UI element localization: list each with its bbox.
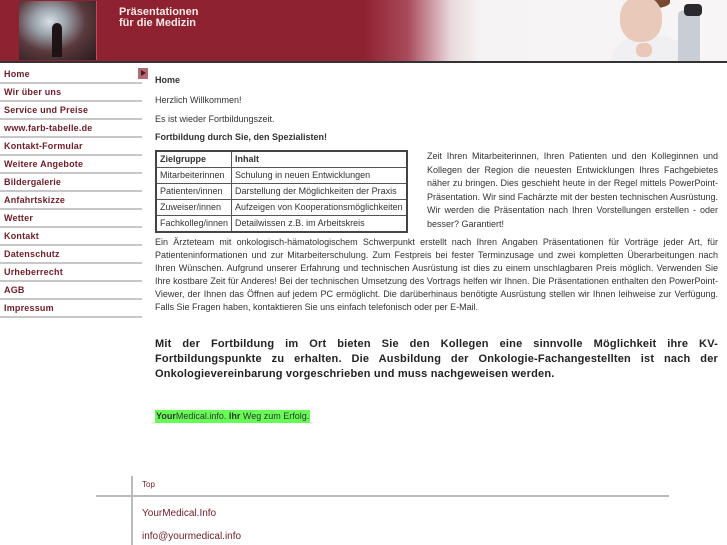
slogan-medical: Medical.info. — [176, 411, 229, 421]
sidebar-item-agb[interactable]: AGB — [0, 282, 142, 300]
intro-text: Es ist wieder Fortbildungszeit. — [155, 113, 275, 126]
sidebar-item-label: Wir über uns — [4, 87, 61, 97]
sidebar-item-label: Weitere Angebote — [4, 159, 83, 169]
cell-inhalt: Aufzeigen von Kooperationsmöglichkeiten — [232, 200, 407, 216]
slogan: YourMedical.info. Ihr Weg zum Erfolg. — [155, 410, 310, 423]
subheading: Fortbildung durch Sie, den Spezialisten! — [155, 131, 327, 144]
sidebar-item-label: Home — [4, 69, 30, 79]
sidebar-item-label: Impressum — [4, 303, 54, 313]
cell-zielgruppe: Patienten/innen — [156, 184, 232, 200]
hands — [636, 43, 652, 57]
sidebar-item-label: Anfahrtskizze — [4, 195, 65, 205]
description-paragraph: Ein Ärzteteam mit onkologisch-hämatologi… — [155, 236, 718, 314]
sidebar-item-label: Kontakt — [4, 231, 39, 241]
sidebar-item-label: Urheberrecht — [4, 267, 63, 277]
target-group-table: Zielgruppe Inhalt MitarbeiterinnenSchulu… — [155, 150, 408, 233]
cell-inhalt: Schulung in neuen Entwicklungen — [232, 168, 407, 184]
header-banner: Präsentationen für die Medizin — [0, 0, 727, 63]
header-photo-lecture — [19, 1, 97, 60]
brand-title: Präsentationen für die Medizin — [119, 7, 198, 29]
speaker-silhouette — [52, 23, 62, 57]
sidebar-item-kontakt-formular[interactable]: Kontakt-Formular — [0, 138, 142, 156]
sidebar-item-label: Bildergalerie — [4, 177, 61, 187]
cell-zielgruppe: Fachkolleg/innen — [156, 216, 232, 233]
sidebar-item-service-und-preise[interactable]: Service und Preise — [0, 102, 142, 120]
sidebar-item-anfahrtskizze[interactable]: Anfahrtskizze — [0, 192, 142, 210]
table-header-row: Zielgruppe Inhalt — [156, 151, 407, 168]
sidebar-item-www-farb-tabelle-de[interactable]: www.farb-tabelle.de — [0, 120, 142, 138]
arrow-right-icon — [138, 68, 148, 79]
cell-zielgruppe: Mitarbeiterinnen — [156, 168, 232, 184]
sidebar-item-label: Kontakt-Formular — [4, 141, 83, 151]
slogan-your: Your — [156, 411, 176, 421]
slogan-rest: Weg zum Erfolg. — [240, 411, 309, 421]
sidebar-item-label: Service und Preise — [4, 105, 88, 115]
footer-site-name: YourMedical.Info — [142, 508, 216, 519]
sidebar-item-home[interactable]: Home — [0, 66, 142, 84]
sidebar-item-label: Datenschutz — [4, 249, 60, 259]
back-to-top-link[interactable]: Top — [142, 480, 155, 489]
sidebar-item-wir-über-uns[interactable]: Wir über uns — [0, 84, 142, 102]
table-row: Zuweiser/innenAufzeigen von Kooperations… — [156, 200, 407, 216]
microscope-eyepiece — [684, 4, 702, 16]
footer-divider-vertical — [131, 476, 133, 545]
cell-zielgruppe: Zuweiser/innen — [156, 200, 232, 216]
sidebar-item-label: Wetter — [4, 213, 33, 223]
microscope-icon — [678, 10, 700, 61]
sidebar-item-impressum[interactable]: Impressum — [0, 300, 142, 318]
face — [620, 0, 662, 42]
slogan-ihr: Ihr — [229, 411, 241, 421]
brand-line-2: für die Medizin — [119, 18, 198, 29]
header-photo-scientist — [600, 0, 727, 61]
sidebar-nav: HomeWir über unsService und Preisewww.fa… — [0, 66, 142, 318]
sidebar-item-weitere-angebote[interactable]: Weitere Angebote — [0, 156, 142, 174]
page-title: Home — [155, 74, 180, 87]
sidebar-item-kontakt[interactable]: Kontakt — [0, 228, 142, 246]
footer-divider-horizontal — [96, 495, 669, 497]
welcome-text: Herzlich Willkommen! — [155, 94, 242, 107]
sidebar-item-wetter[interactable]: Wetter — [0, 210, 142, 228]
table-row: MitarbeiterinnenSchulung in neuen Entwic… — [156, 168, 407, 184]
table-row: Fachkolleg/innenDetailwissen z.B. im Arb… — [156, 216, 407, 233]
highlight-paragraph: Mit der Fortbildung im Ort bieten Sie de… — [155, 337, 718, 382]
sidebar-item-bildergalerie[interactable]: Bildergalerie — [0, 174, 142, 192]
side-paragraph: Zeit Ihren Mitarbeiterinnen, Ihren Patie… — [427, 150, 718, 231]
sidebar-item-label: www.farb-tabelle.de — [4, 123, 92, 133]
cell-inhalt: Darstellung der Möglichkeiten der Praxis — [232, 184, 407, 200]
cell-inhalt: Detailwissen z.B. im Arbeitskreis — [232, 216, 407, 233]
footer-email-link[interactable]: info@yourmedical.info — [142, 531, 241, 542]
sidebar-item-urheberrecht[interactable]: Urheberrecht — [0, 264, 142, 282]
sidebar-item-label: AGB — [4, 285, 25, 295]
column-header-zielgruppe: Zielgruppe — [156, 151, 232, 168]
table-row: Patienten/innenDarstellung der Möglichke… — [156, 184, 407, 200]
sidebar-item-datenschutz[interactable]: Datenschutz — [0, 246, 142, 264]
column-header-inhalt: Inhalt — [232, 151, 407, 168]
